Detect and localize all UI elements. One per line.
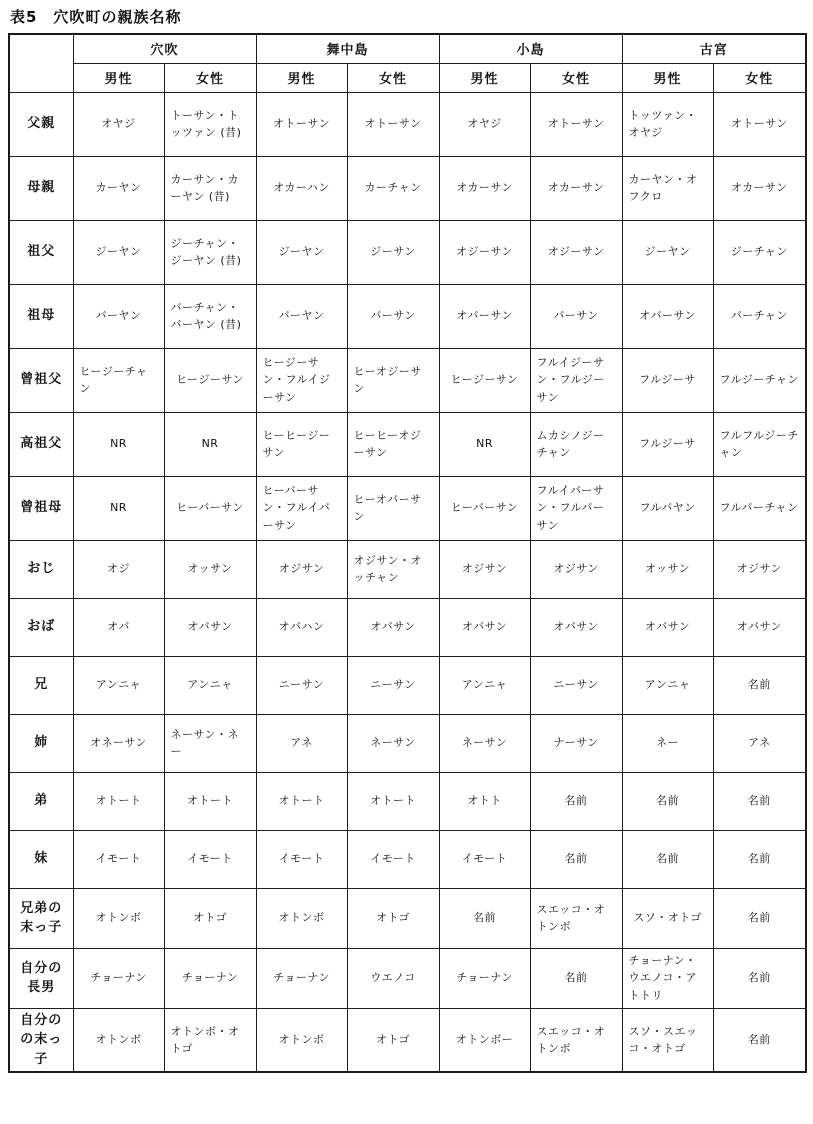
kin-term-cell: オジーサン [530, 220, 622, 284]
kin-term-cell: バーチャン・バーヤン (昔) [164, 284, 256, 348]
kin-term-cell: オトゴ [347, 1008, 439, 1072]
kin-term-cell: 名前 [530, 772, 622, 830]
kin-term-cell: フルフルジーチャン [713, 412, 806, 476]
kin-row-label: 自分のの末っ子 [9, 1008, 73, 1072]
kin-term-cell: オジサン [256, 540, 347, 598]
table-row: 弟オトートオトートオトートオトートオトト名前名前名前 [9, 772, 806, 830]
kin-term-cell: イモート [164, 830, 256, 888]
kin-term-cell: チョーナン [256, 948, 347, 1008]
kin-term-cell: オジサン・オッチャン [347, 540, 439, 598]
kin-term-cell: 名前 [713, 772, 806, 830]
kin-term-cell: ヒーバーサン・フルイバーサン [256, 476, 347, 540]
kin-term-cell: ネー [622, 714, 713, 772]
kin-term-cell: 名前 [713, 830, 806, 888]
kin-term-cell: スソ・スエッコ・オトゴ [622, 1008, 713, 1072]
kin-row-label: 自分の長男 [9, 948, 73, 1008]
kin-term-cell: ニーサン [530, 656, 622, 714]
kin-term-cell: NR [73, 412, 164, 476]
kin-term-cell: スエッコ・オトンボ [530, 1008, 622, 1072]
kin-term-cell: バーサン [530, 284, 622, 348]
kin-term-cell: オバ [73, 598, 164, 656]
kin-term-cell: オバハン [256, 598, 347, 656]
kin-term-cell: ジーヤン [256, 220, 347, 284]
gender-header: 男性 [439, 63, 530, 92]
kin-term-cell: オトーサン [256, 92, 347, 156]
kin-term-cell: オトート [164, 772, 256, 830]
kin-term-cell: オジサン [439, 540, 530, 598]
kin-term-cell: オトンボ・オトゴ [164, 1008, 256, 1072]
kin-term-cell: イモート [73, 830, 164, 888]
kin-term-cell: オッサン [622, 540, 713, 598]
kin-term-cell: ネーサン・ネー [164, 714, 256, 772]
kin-term-cell: オジサン [530, 540, 622, 598]
gender-header: 女性 [347, 63, 439, 92]
kin-term-cell: カーヤン [73, 156, 164, 220]
kin-term-cell: ヒージーサン [164, 348, 256, 412]
kin-term-cell: フルジーサ [622, 412, 713, 476]
kin-term-cell: NR [73, 476, 164, 540]
kin-term-cell: ムカシノジーチャン [530, 412, 622, 476]
kin-term-cell: バーサン [347, 284, 439, 348]
kin-term-cell: オカーサン [439, 156, 530, 220]
kin-row-label: 妹 [9, 830, 73, 888]
kin-term-cell: オトンボ [256, 888, 347, 948]
kin-term-cell: NR [439, 412, 530, 476]
kin-term-cell: ニーサン [347, 656, 439, 714]
kin-term-cell: 名前 [622, 830, 713, 888]
kin-term-cell: イモート [347, 830, 439, 888]
table-row: 高祖父NRNRヒーヒージーサンヒーヒーオジーサンNRムカシノジーチャンフルジーサ… [9, 412, 806, 476]
kin-term-cell: トッツァン・オヤジ [622, 92, 713, 156]
kin-term-cell: オトゴ [347, 888, 439, 948]
corner-cell [9, 34, 73, 92]
kin-term-cell: バーヤン [256, 284, 347, 348]
kin-term-cell: ヒーバーサン [439, 476, 530, 540]
kin-term-cell: 名前 [622, 772, 713, 830]
kin-term-cell: フルバーチャン [713, 476, 806, 540]
kin-term-cell: チョーナン [73, 948, 164, 1008]
kin-term-cell: オトンボ [73, 1008, 164, 1072]
kin-term-cell: ジーサン [347, 220, 439, 284]
kin-term-cell: ニーサン [256, 656, 347, 714]
kin-term-cell: 名前 [713, 948, 806, 1008]
kin-row-label: 高祖父 [9, 412, 73, 476]
kin-term-cell: スエッコ・オトンボ [530, 888, 622, 948]
kin-term-cell: 名前 [713, 656, 806, 714]
table-row: 兄弟の末っ子オトンボオトゴオトンボオトゴ名前スエッコ・オトンボスソ・オトゴ名前 [9, 888, 806, 948]
table-header-row-groups: 穴吹舞中島小島古宮 [9, 34, 806, 63]
kin-term-cell: カーヤン・オフクロ [622, 156, 713, 220]
kin-term-cell: アンニャ [622, 656, 713, 714]
kin-term-cell: 名前 [530, 830, 622, 888]
kin-term-cell: オバサン [530, 598, 622, 656]
gender-header: 男性 [622, 63, 713, 92]
table-row: 祖母バーヤンバーチャン・バーヤン (昔)バーヤンバーサンオバーサンバーサンオバー… [9, 284, 806, 348]
kin-term-cell: オトンボ [73, 888, 164, 948]
kin-row-label: 弟 [9, 772, 73, 830]
kin-term-cell: ヒーヒーオジーサン [347, 412, 439, 476]
kin-term-cell: オバサン [622, 598, 713, 656]
kin-row-label: 曾祖母 [9, 476, 73, 540]
kin-term-cell: オバサン [713, 598, 806, 656]
kin-term-cell: ジーヤン [73, 220, 164, 284]
table-row: 曾祖父ヒージーチャンヒージーサンヒージーサン・フルイジーサンヒーオジーサンヒージ… [9, 348, 806, 412]
table-row: 姉オネーサンネーサン・ネーアネネーサンネーサンナーサンネーアネ [9, 714, 806, 772]
region-header: 古宮 [622, 34, 806, 63]
kin-term-cell: チョーナン [164, 948, 256, 1008]
kin-term-cell: ヒーオジーサン [347, 348, 439, 412]
gender-header: 女性 [164, 63, 256, 92]
kin-term-cell: オカーサン [530, 156, 622, 220]
kin-term-cell: ジーチャン・ジーヤン (昔) [164, 220, 256, 284]
kin-term-cell: カーサン・カーヤン (昔) [164, 156, 256, 220]
kin-row-label: 祖父 [9, 220, 73, 284]
table-title: 表5 穴吹町の親族名称 [10, 6, 805, 27]
kin-term-cell: ヒージーサン・フルイジーサン [256, 348, 347, 412]
kin-term-cell: オジサン [713, 540, 806, 598]
gender-header: 男性 [73, 63, 164, 92]
kinship-table: 穴吹舞中島小島古宮男性女性男性女性男性女性男性女性 父親オヤジトーサン・トッツァ… [8, 33, 807, 1073]
kin-term-cell: オバーサン [622, 284, 713, 348]
kin-term-cell: ヒーオバーサン [347, 476, 439, 540]
kin-term-cell: ヒーバーサン [164, 476, 256, 540]
kin-term-cell: ヒージーサン [439, 348, 530, 412]
kin-term-cell: オバサン [164, 598, 256, 656]
table-row: おじオジオッサンオジサンオジサン・オッチャンオジサンオジサンオッサンオジサン [9, 540, 806, 598]
kin-row-label: 祖母 [9, 284, 73, 348]
kin-term-cell: バーチャン [713, 284, 806, 348]
kin-row-label: 父親 [9, 92, 73, 156]
kin-row-label: 姉 [9, 714, 73, 772]
table-row: 父親オヤジトーサン・トッツァン (昔)オトーサンオトーサンオヤジオトーサントッツ… [9, 92, 806, 156]
gender-header: 男性 [256, 63, 347, 92]
table-header: 穴吹舞中島小島古宮男性女性男性女性男性女性男性女性 [9, 34, 806, 92]
kin-term-cell: スソ・オトゴ [622, 888, 713, 948]
region-header: 舞中島 [256, 34, 439, 63]
kin-term-cell: アネ [256, 714, 347, 772]
kin-term-cell: オバサン [347, 598, 439, 656]
kin-term-cell: オトート [256, 772, 347, 830]
kin-term-cell: ネーサン [347, 714, 439, 772]
kin-term-cell: オトーサン [530, 92, 622, 156]
kin-term-cell: オトーサン [713, 92, 806, 156]
kin-term-cell: フルジーチャン [713, 348, 806, 412]
table-row: 母親カーヤンカーサン・カーヤン (昔)オカーハンカーチャンオカーサンオカーサンカ… [9, 156, 806, 220]
kin-term-cell: チョーナン [439, 948, 530, 1008]
kin-term-cell: アンニャ [164, 656, 256, 714]
kin-term-cell: オトート [347, 772, 439, 830]
table-row: 祖父ジーヤンジーチャン・ジーヤン (昔)ジーヤンジーサンオジーサンオジーサンジー… [9, 220, 806, 284]
table-body: 父親オヤジトーサン・トッツァン (昔)オトーサンオトーサンオヤジオトーサントッツ… [9, 92, 806, 1072]
kin-term-cell: アネ [713, 714, 806, 772]
kin-term-cell: フルバヤン [622, 476, 713, 540]
kin-term-cell: イモート [256, 830, 347, 888]
gender-header: 女性 [530, 63, 622, 92]
kin-term-cell: オジ [73, 540, 164, 598]
kin-term-cell: アンニャ [439, 656, 530, 714]
table-row: おばオバオバサンオバハンオバサンオバサンオバサンオバサンオバサン [9, 598, 806, 656]
kin-row-label: おば [9, 598, 73, 656]
kin-term-cell: ジーチャン [713, 220, 806, 284]
table-row: 曾祖母NRヒーバーサンヒーバーサン・フルイバーサンヒーオバーサンヒーバーサンフル… [9, 476, 806, 540]
kin-term-cell: オトンボ [256, 1008, 347, 1072]
region-header: 小島 [439, 34, 622, 63]
kin-term-cell: オバーサン [439, 284, 530, 348]
kin-term-cell: オッサン [164, 540, 256, 598]
document-page: 表5 穴吹町の親族名称 穴吹舞中島小島古宮男性女性男性女性男性女性男性女性 父親… [0, 0, 813, 1124]
kin-row-label: 兄 [9, 656, 73, 714]
kin-term-cell: オヤジ [73, 92, 164, 156]
kin-term-cell: バーヤン [73, 284, 164, 348]
kin-term-cell: ヒージーチャン [73, 348, 164, 412]
kin-term-cell: ウエノコ [347, 948, 439, 1008]
kin-term-cell: ナーサン [530, 714, 622, 772]
kin-term-cell: ネーサン [439, 714, 530, 772]
kin-term-cell: オトンボー [439, 1008, 530, 1072]
kin-term-cell: カーチャン [347, 156, 439, 220]
kin-term-cell: オジーサン [439, 220, 530, 284]
kin-term-cell: 名前 [530, 948, 622, 1008]
kin-term-cell: フルジーサ [622, 348, 713, 412]
kin-term-cell: トーサン・トッツァン (昔) [164, 92, 256, 156]
kin-row-label: おじ [9, 540, 73, 598]
kin-term-cell: フルイジーサン・フルジーサン [530, 348, 622, 412]
table-row: 兄アンニャアンニャニーサンニーサンアンニャニーサンアンニャ名前 [9, 656, 806, 714]
kin-term-cell: ヒーヒージーサン [256, 412, 347, 476]
kin-term-cell: オヤジ [439, 92, 530, 156]
kin-row-label: 兄弟の末っ子 [9, 888, 73, 948]
kin-term-cell: アンニャ [73, 656, 164, 714]
kin-row-label: 曾祖父 [9, 348, 73, 412]
kin-term-cell: ジーヤン [622, 220, 713, 284]
kin-term-cell: チョーナン・ウエノコ・アトトリ [622, 948, 713, 1008]
table-row: 自分の長男チョーナンチョーナンチョーナンウエノコチョーナン名前チョーナン・ウエノ… [9, 948, 806, 1008]
region-header: 穴吹 [73, 34, 256, 63]
kin-term-cell: オカーサン [713, 156, 806, 220]
kin-term-cell: オネーサン [73, 714, 164, 772]
kin-term-cell: オトート [73, 772, 164, 830]
kin-term-cell: 名前 [439, 888, 530, 948]
kin-term-cell: オトト [439, 772, 530, 830]
kin-term-cell: オトゴ [164, 888, 256, 948]
table-row: 自分のの末っ子オトンボオトンボ・オトゴオトンボオトゴオトンボースエッコ・オトンボ… [9, 1008, 806, 1072]
kin-term-cell: NR [164, 412, 256, 476]
kin-term-cell: 名前 [713, 1008, 806, 1072]
table-header-row-genders: 男性女性男性女性男性女性男性女性 [9, 63, 806, 92]
kin-term-cell: オトーサン [347, 92, 439, 156]
kin-row-label: 母親 [9, 156, 73, 220]
kin-term-cell: オカーハン [256, 156, 347, 220]
gender-header: 女性 [713, 63, 806, 92]
kin-term-cell: フルイバーサン・フルバーサン [530, 476, 622, 540]
kin-term-cell: イモート [439, 830, 530, 888]
kin-term-cell: 名前 [713, 888, 806, 948]
kin-term-cell: オバサン [439, 598, 530, 656]
table-row: 妹イモートイモートイモートイモートイモート名前名前名前 [9, 830, 806, 888]
